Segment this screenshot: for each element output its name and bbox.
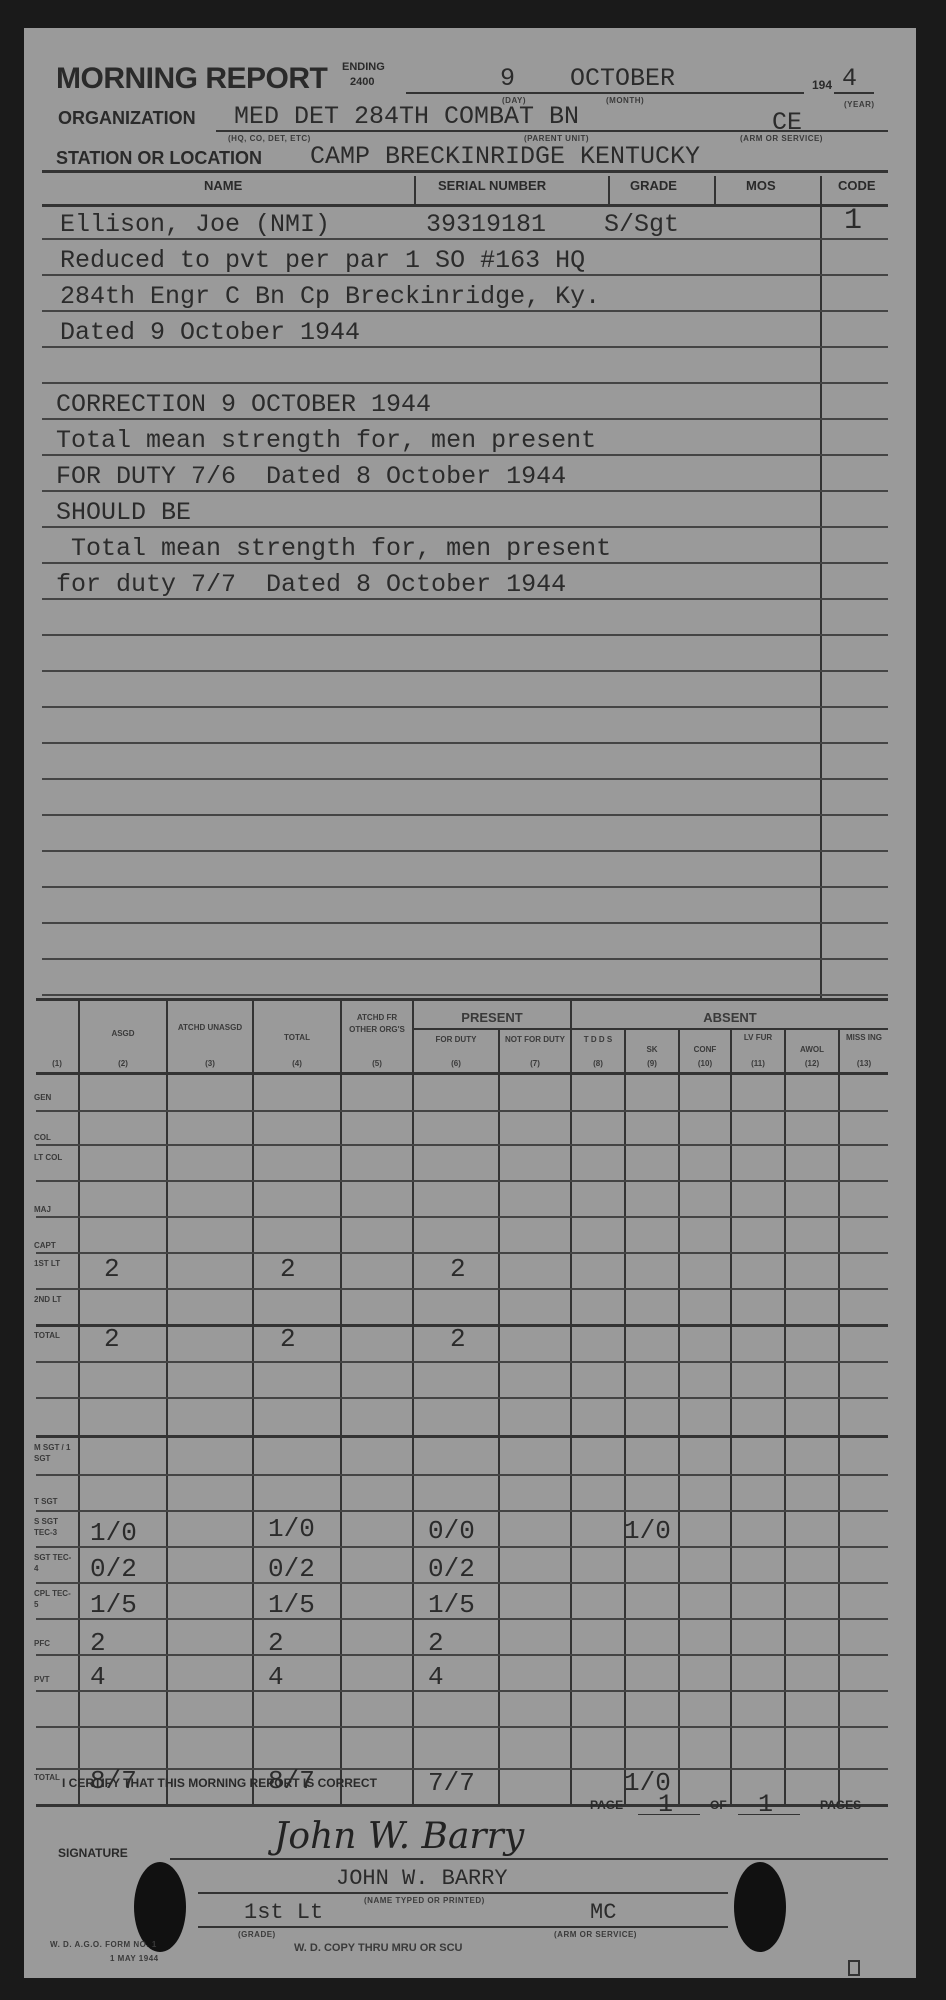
- cell-pvt-for-duty: 4: [428, 1662, 444, 1692]
- row-label-msgt-1sgt: M SGT / 1 SGT: [34, 1442, 74, 1464]
- cell-1st-lt-total: 2: [280, 1254, 296, 1284]
- hdr-lv-fur: LV FUR: [732, 1032, 784, 1044]
- signer-arm: MC: [590, 1900, 616, 1925]
- row-rule: [36, 1728, 888, 1770]
- row-rule: [36, 1218, 888, 1254]
- row-label-1st-lt: 1ST LT: [34, 1258, 64, 1269]
- hdr-conf: CONF: [680, 1044, 730, 1056]
- row-rule: [36, 1476, 888, 1512]
- hdr-present: PRESENT: [414, 1008, 570, 1028]
- hdr-sk-num: (9): [626, 1058, 678, 1070]
- form-title: MORNING REPORT: [56, 62, 327, 96]
- entry-line: Reduced to pvt per par 1 SO #163 HQ: [60, 246, 585, 275]
- entry-code: 1: [844, 204, 862, 238]
- hdr-atchd-other-num: (5): [342, 1058, 412, 1070]
- typed-name: JOHN W. BARRY: [336, 1866, 508, 1891]
- certify-statement: I CERTIFY THAT THIS MORNING REPORT IS CO…: [62, 1776, 377, 1790]
- row-rule: [36, 1146, 888, 1182]
- cell-ssgt-total: 1/0: [268, 1514, 315, 1544]
- arm-value: CE: [772, 108, 802, 137]
- row-rule: [36, 1363, 888, 1399]
- row-label-cpl-tec5: CPL TEC-5: [34, 1588, 74, 1610]
- row-label-ssgt-tec3: S SGT TEC-3: [34, 1516, 74, 1538]
- organization-value: MED DET 284TH COMBAT BN: [234, 102, 579, 131]
- hdr-not-for-duty-num: (7): [500, 1058, 570, 1070]
- cell-ssgt-sk: 1/0: [624, 1516, 671, 1546]
- col-serial: SERIAL NUMBER: [438, 178, 546, 193]
- row-rule: [36, 1620, 888, 1656]
- entry-serial: 39319181: [426, 210, 546, 239]
- row-rule: [36, 1692, 888, 1728]
- col-grade: GRADE: [630, 178, 677, 193]
- cell-1st-lt-for-duty: 2: [450, 1254, 466, 1284]
- entry-line: Dated 9 October 1944: [60, 318, 360, 347]
- cell-total-for-duty: 7/7: [428, 1768, 475, 1798]
- entry-name: Ellison, Joe (NMI): [60, 210, 330, 239]
- report-year: 4: [842, 64, 857, 93]
- arm-caption: (ARM OR SERVICE): [554, 1930, 637, 1939]
- cell-sgt-asgd: 0/2: [90, 1554, 137, 1584]
- report-day: 9: [500, 64, 515, 93]
- copy-routing-note: W. D. COPY THRU MRU OR SCU: [294, 1942, 462, 1954]
- signer-grade: 1st Lt: [244, 1900, 323, 1925]
- hdr-for-duty-num: (6): [414, 1058, 498, 1070]
- row-label-2nd-lt: 2ND LT: [34, 1294, 64, 1305]
- row-label-col: COL: [34, 1132, 51, 1143]
- cell-sgt-for-duty: 0/2: [428, 1554, 475, 1584]
- row-label-tsgt: T SGT: [34, 1496, 58, 1507]
- row-label-pfc: PFC: [34, 1638, 50, 1649]
- station-underline: [42, 170, 888, 173]
- entry-line: Total mean strength for, men present: [56, 426, 596, 455]
- row-rule: [36, 1110, 888, 1146]
- hdr-awol: AWOL: [786, 1044, 838, 1056]
- cell-pvt-total: 4: [268, 1662, 284, 1692]
- hdr-total-num: (4): [254, 1058, 340, 1070]
- hdr-lv-fur-num: (11): [732, 1058, 784, 1070]
- cell-cpl-asgd: 1/5: [90, 1590, 137, 1620]
- station-label: STATION OR LOCATION: [56, 148, 262, 169]
- page-number: 1: [658, 1790, 673, 1819]
- grade-line: [198, 1926, 728, 1928]
- cell-pvt-asgd: 4: [90, 1662, 106, 1692]
- hdr-conf-num: (10): [680, 1058, 730, 1070]
- cell-cpl-total: 1/5: [268, 1590, 315, 1620]
- page-label: PAGE: [590, 1798, 623, 1812]
- row-rule: [36, 1656, 888, 1692]
- cell-officer-total-asgd: 2: [104, 1324, 120, 1354]
- signature-label: SIGNATURE: [58, 1846, 128, 1860]
- of-label: OF: [710, 1798, 727, 1812]
- entry-grade: S/Sgt: [604, 210, 679, 239]
- station-value: CAMP BRECKINRIDGE KENTUCKY: [310, 142, 700, 171]
- col-divider: [608, 176, 610, 206]
- strength-top: [36, 998, 888, 1001]
- hdr-asgd: ASGD: [80, 1028, 166, 1040]
- col-divider: [714, 176, 716, 206]
- hdr-tdds: T D D S: [572, 1034, 624, 1046]
- entry-line: FOR DUTY 7/6 Dated 8 October 1944: [56, 462, 566, 491]
- year-caption: (YEAR): [844, 100, 875, 109]
- hdr-missing: MISS ING: [840, 1032, 888, 1044]
- col-name: NAME: [204, 178, 242, 193]
- signature-line: [170, 1858, 888, 1860]
- punch-hole-right: [734, 1862, 786, 1952]
- month-caption: (MONTH): [606, 96, 644, 105]
- hdr-asgd-num: (2): [80, 1058, 166, 1070]
- cell-pfc-asgd: 2: [90, 1628, 106, 1658]
- row-rule: [36, 1290, 888, 1327]
- row-label-capt: CAPT: [34, 1240, 56, 1251]
- entry-line: Total mean strength for, men present: [56, 534, 611, 563]
- entry-line: 284th Engr C Bn Cp Breckinridge, Ky.: [60, 282, 600, 311]
- organization-label: ORGANIZATION: [58, 108, 196, 129]
- typed-name-line: [198, 1892, 728, 1894]
- hdr-not-for-duty: NOT FOR DUTY: [500, 1034, 570, 1046]
- col-mos: MOS: [746, 178, 776, 193]
- morning-report-form: MORNING REPORT ENDING 2400 9 OCTOBER 194…: [24, 28, 916, 1978]
- entry-line: SHOULD BE: [56, 498, 191, 527]
- hdr-for-duty: FOR DUTY: [414, 1034, 498, 1046]
- row-label-officer-total: TOTAL: [34, 1330, 74, 1341]
- cell-pfc-total: 2: [268, 1628, 284, 1658]
- row-rule: [36, 1438, 888, 1476]
- corner-box-mark: [848, 1960, 860, 1976]
- typed-name-caption: (NAME TYPED OR PRINTED): [364, 1896, 485, 1905]
- hdr-sk: SK: [626, 1044, 678, 1056]
- row-label-gen: GEN: [34, 1092, 51, 1103]
- hdr-missing-num: (13): [840, 1058, 888, 1070]
- entry-line: CORRECTION 9 OCTOBER 1944: [56, 390, 431, 419]
- handwritten-signature: John W. Barry: [274, 1816, 524, 1857]
- hdr-total: TOTAL: [254, 1032, 340, 1044]
- form-number: W. D. A.G.O. FORM NO. 1: [50, 1940, 157, 1949]
- row-rule: [36, 1074, 888, 1112]
- row-rule: [36, 1399, 888, 1438]
- row-label-pvt: PVT: [34, 1674, 50, 1685]
- ending-label: ENDING: [342, 61, 385, 73]
- form-date: 1 MAY 1944: [110, 1954, 159, 1963]
- row-rule: [36, 1182, 888, 1218]
- cell-ssgt-for-duty: 0/0: [428, 1516, 475, 1546]
- row-label-lt-col: LT COL: [34, 1152, 64, 1163]
- cell-officer-total-total: 2: [280, 1324, 296, 1354]
- pages-label: PAGES: [820, 1798, 861, 1812]
- hdr-atchd-unasgd-num: (3): [168, 1058, 252, 1070]
- ending-time: 2400: [350, 76, 374, 88]
- page-total: 1: [758, 1790, 773, 1819]
- grade-caption: (GRADE): [238, 1930, 276, 1939]
- org-caption-arm: (ARM OR SERVICE): [740, 134, 823, 143]
- row-label-maj: MAJ: [34, 1204, 51, 1215]
- cell-cpl-for-duty: 1/5: [428, 1590, 475, 1620]
- hdr-atchd-other: ATCHD FR OTHER ORG'S: [342, 1012, 412, 1036]
- cell-ssgt-asgd: 1/0: [90, 1518, 137, 1548]
- hdr-row-label-num: (1): [36, 1058, 78, 1070]
- cell-sgt-total: 0/2: [268, 1554, 315, 1584]
- year-prefix: 194: [812, 78, 832, 92]
- cell-officer-total-for-duty: 2: [450, 1324, 466, 1354]
- hdr-absent: ABSENT: [572, 1008, 888, 1028]
- hdr-atchd-unasgd: ATCHD UNASGD: [168, 1022, 252, 1034]
- entry-line: for duty 7/7 Dated 8 October 1944: [56, 570, 566, 599]
- punch-hole-left: [134, 1862, 186, 1952]
- cell-pfc-for-duty: 2: [428, 1628, 444, 1658]
- report-month: OCTOBER: [570, 64, 675, 93]
- col-code: CODE: [838, 178, 876, 193]
- hdr-tdds-num: (8): [572, 1058, 624, 1070]
- col-divider: [414, 176, 416, 206]
- cell-1st-lt-asgd: 2: [104, 1254, 120, 1284]
- row-label-sgt-tec4: SGT TEC-4: [34, 1552, 74, 1574]
- present-absent-divider: [414, 1028, 888, 1030]
- hdr-awol-num: (12): [786, 1058, 838, 1070]
- org-caption-unit: (HQ, CO, DET, ETC): [228, 134, 311, 143]
